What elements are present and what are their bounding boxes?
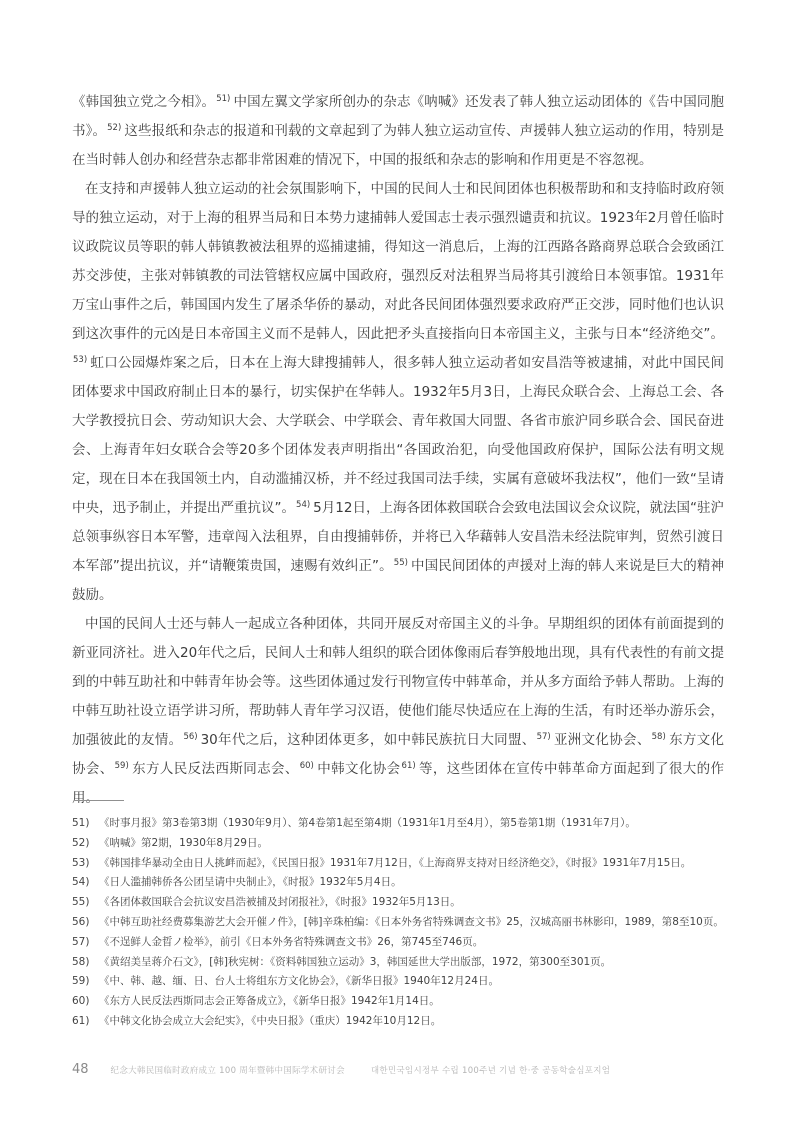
footnote-text: 《东方人民反法西斯同志会正筹备成立》，《新华日报》1942年1月14日。	[99, 992, 728, 1012]
footnote-number: 51)	[72, 814, 99, 834]
footnote-item: 56)《中韩互助社经费募集游艺大会开催ノ件》，[韩]辛珠柏编：《日本外务省特殊调…	[72, 913, 728, 933]
footnote-item: 55)《各团体救国联合会抗议安昌浩被捕及封闭报社》，《时报》1932年5月13日…	[72, 893, 728, 913]
footnote-text: 《各团体救国联合会抗议安昌浩被捕及封闭报社》，《时报》1932年5月13日。	[99, 893, 728, 913]
text-run: 东方人民反法西斯同志会、	[132, 761, 299, 777]
page-number: 48	[72, 1062, 89, 1077]
footnote-text: 《时事月报》第3卷第3期（1930年9月）、第4卷第1起至第4期（1931年1月…	[99, 814, 728, 834]
footnote-text: 《韩国排华暴动全由日人挑衅而起》，《民国日报》1931年7月12日，《上海商界支…	[99, 854, 728, 874]
footnote-item: 53)《韩国排华暴动全由日人挑衅而起》，《民国日报》1931年7月12日，《上海…	[72, 854, 728, 874]
footnote-ref: 59)	[115, 761, 129, 771]
footnote-number: 57)	[72, 933, 99, 953]
footnote-ref: 60)	[300, 761, 314, 771]
footnote-item: 57)《不逞鲜人金晢ノ检举》，前引《日本外务省特殊调查文书》26，第745至74…	[72, 933, 728, 953]
footnote-number: 56)	[72, 913, 99, 933]
footnote-item: 59)《中、韩、越、缅、日、台人士将组东方文化协会》，《新华日报》1940年12…	[72, 972, 728, 992]
footnote-number: 58)	[72, 953, 99, 973]
footnote-ref: 52)	[107, 123, 121, 133]
footnote-ref: 55)	[394, 558, 408, 568]
footnote-ref: 51)	[216, 94, 230, 104]
footnote-item: 58)《黄绍美呈蒋介石文》，[韩]秋宪树：《资料韩国独立运动》3，韩国延世大学出…	[72, 953, 728, 973]
footnote-text: 《中韩文化协会成立大会纪实》，《中央日报》（重庆）1942年10月12日。	[99, 1012, 728, 1032]
paragraph: 《韩国独立党之今相》。51)中国左翼文学家所创办的杂志《呐喊》还发表了韩人独立运…	[72, 88, 724, 175]
footnote-item: 61)《中韩文化协会成立大会纪实》，《中央日报》（重庆）1942年10月12日。	[72, 1012, 728, 1032]
footnote-ref: 56)	[183, 732, 197, 742]
footnote-number: 52)	[72, 834, 99, 854]
footnotes-section: 51)《时事月报》第3卷第3期（1930年9月）、第4卷第1起至第4期（1931…	[72, 814, 728, 1032]
footnote-text: 《中韩互助社经费募集游艺大会开催ノ件》，[韩]辛珠柏编：《日本外务省特殊调查文书…	[99, 913, 728, 933]
text-run: 亚洲文化协会、	[554, 732, 651, 748]
footnote-text: 《中、韩、越、缅、日、台人士将组东方文化协会》，《新华日报》1940年12月24…	[99, 972, 728, 992]
text-run: 虹口公园爆炸案之后，日本在上海大肆搜捕韩人，很多韩人独立运动者如安昌浩等被逮捕，…	[72, 355, 724, 516]
footnote-item: 52)《呐喊》第2期，1930年8月29日。	[72, 834, 728, 854]
document-page: 《韩国独立党之今相》。51)中国左翼文学家所创办的杂志《呐喊》还发表了韩人独立运…	[0, 0, 794, 1123]
footnote-number: 59)	[72, 972, 99, 992]
paragraph: 在支持和声援韩人独立运动的社会氛围影响下，中国的民间人士和民间团体也积极帮助和和…	[72, 175, 724, 610]
footnote-number: 54)	[72, 873, 99, 893]
footnote-number: 61)	[72, 1012, 99, 1032]
footnote-number: 53)	[72, 854, 99, 874]
text-run: 这些报纸和杂志的报道和刊载的文章起到了为韩人独立运动宣传、声援韩人独立运动的作用…	[72, 123, 724, 168]
text-run: 中韩文化协会	[317, 761, 401, 777]
paragraph: 中国的民间人士还与韩人一起成立各种团体，共同开展反对帝国主义的斗争。早期组织的团…	[72, 610, 724, 813]
footnote-item: 51)《时事月报》第3卷第3期（1930年9月）、第4卷第1起至第4期（1931…	[72, 814, 728, 834]
footnote-ref: 54)	[296, 500, 310, 510]
footnote-text: 《黄绍美呈蒋介石文》，[韩]秋宪树：《资料韩国独立运动》3，韩国延世大学出版部，…	[99, 953, 728, 973]
footnote-ref: 57)	[537, 732, 551, 742]
text-run: 《韩国独立党之今相》。	[72, 94, 215, 110]
footnote-text: 《不逞鲜人金晢ノ检举》，前引《日本外务省特殊调查文书》26，第745至746页。	[99, 933, 728, 953]
page-footer: 48 纪念大韩民国临时政府成立 100 周年暨韩中国际学术研讨会 대한민국임시정…	[72, 1062, 732, 1077]
footnote-item: 54)《日人滥捕韩侨各公团呈请中央制止》，《时报》1932年5月4日。	[72, 873, 728, 893]
footnote-text: 《日人滥捕韩侨各公团呈请中央制止》，《时报》1932年5月4日。	[99, 873, 728, 893]
footnote-text: 《呐喊》第2期，1930年8月29日。	[99, 834, 728, 854]
text-run: 30年代之后，这种团体更多，如中韩民族抗日大同盟、	[201, 732, 536, 748]
footnote-ref: 53)	[73, 355, 87, 365]
footnote-separator	[74, 800, 124, 801]
footer-conference-title-cn: 纪念大韩民国临时政府成立 100 周年暨韩中国际学术研讨会	[111, 1064, 345, 1076]
footnote-item: 60)《东方人民反法西斯同志会正筹备成立》，《新华日报》1942年1月14日。	[72, 992, 728, 1012]
text-run: 在支持和声援韩人独立运动的社会氛围影响下，中国的民间人士和民间团体也积极帮助和和…	[72, 181, 724, 342]
footer-conference-title-kr: 대한민국임시정부 수립 100주년 기념 한·중 공동학술심포지엄	[371, 1064, 610, 1076]
footnote-ref: 58)	[652, 732, 666, 742]
text-run: 中国的民间人士还与韩人一起成立各种团体，共同开展反对帝国主义的斗争。早期组织的团…	[72, 616, 724, 748]
body-text: 《韩国独立党之今相》。51)中国左翼文学家所创办的杂志《呐喊》还发表了韩人独立运…	[72, 88, 724, 813]
footnote-number: 60)	[72, 992, 99, 1012]
footnote-ref: 61)	[402, 761, 416, 771]
footnote-number: 55)	[72, 893, 99, 913]
